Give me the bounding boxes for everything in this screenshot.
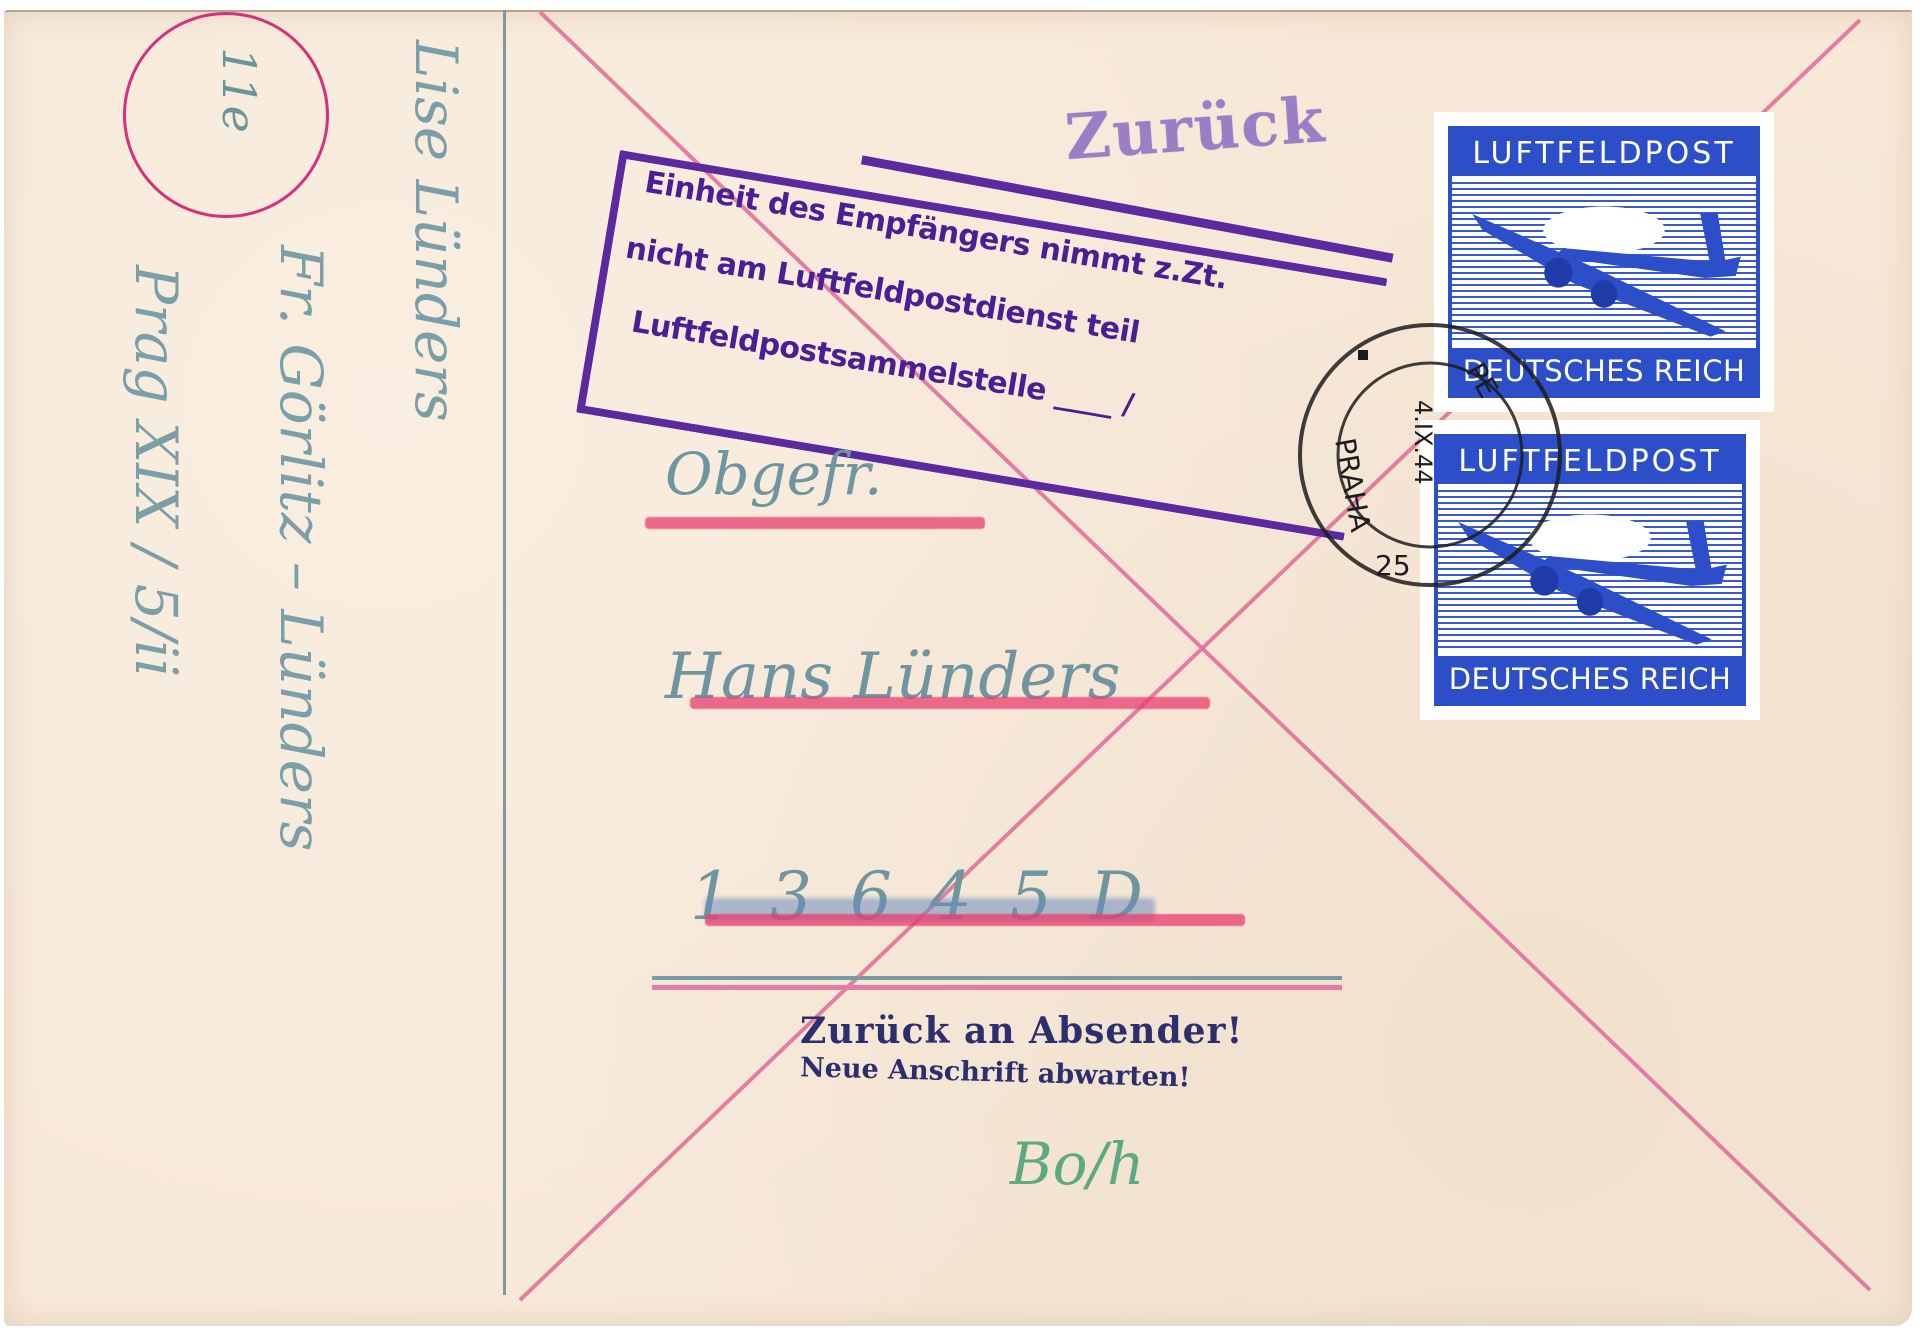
return-stamp-line: Neue Anschrift abwarten! [800, 1052, 1244, 1095]
postmark-city: PRAHA [1328, 435, 1377, 534]
stamp-bottom-label: DEUTSCHES REICH [1438, 656, 1742, 702]
strike-through [645, 517, 985, 529]
praha-postmark: PRAHA 4.IX.44 25 PE [1265, 290, 1595, 620]
address-rank: Obgefr. [665, 440, 882, 508]
circle-mark: 11e [123, 12, 329, 218]
sender-handwriting-line: Fr. Görlitz – Lünders [267, 245, 335, 851]
strike-through [690, 697, 1210, 709]
postmark-date: 4.IX.44 [1409, 400, 1437, 485]
postmark-number: 25 [1375, 549, 1411, 582]
stamp-top-label: LUFTFELDPOST [1452, 130, 1756, 176]
green-pencil-signature: Bo/h [1010, 1130, 1144, 1198]
return-to-sender-handstamp: Zurück an Absender! Neue Anschrift abwar… [800, 1010, 1243, 1089]
red-underline [652, 985, 1342, 990]
postmark-letters: PE [1459, 357, 1505, 403]
strike-through [705, 914, 1245, 926]
circle-mark-text: 11e [212, 47, 266, 133]
sender-handwriting-line: Prag XIX / 5/ii [122, 265, 190, 677]
return-stamp-line: Zurück an Absender! [800, 1010, 1243, 1052]
address-underline [652, 976, 1342, 980]
sender-handwriting-line: Lise Lünders [402, 40, 470, 422]
